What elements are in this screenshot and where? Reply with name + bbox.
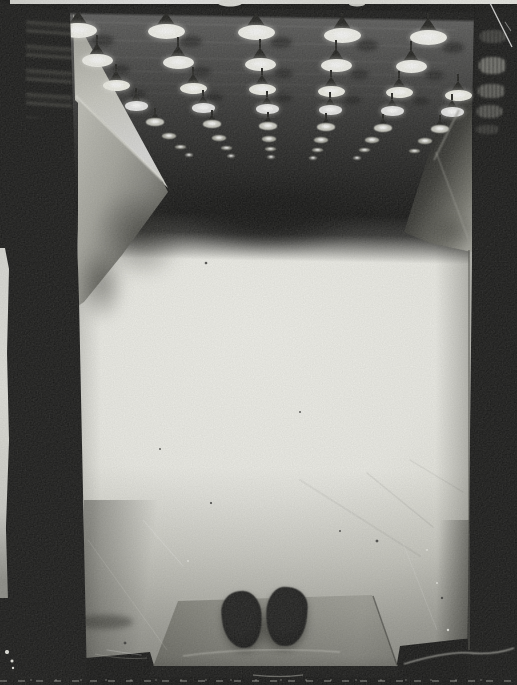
left-pillar-wood-grain: [26, 18, 72, 118]
lamp-shade: [332, 16, 351, 28]
ceiling-lamp: [148, 24, 185, 39]
ceiling-lamp: [409, 149, 420, 154]
lamp-ceiling-shadow: [356, 40, 378, 51]
lamp-stem: [410, 41, 412, 49]
lamp-shade: [156, 13, 175, 24]
lamp-stem: [329, 92, 331, 98]
ceiling-lamp: [103, 80, 130, 91]
ceiling-lamp: [317, 123, 335, 131]
lamp-ceiling-shadow: [111, 65, 130, 74]
lamp-ceiling-shadow: [192, 67, 211, 76]
lamp-ceiling-shadow: [345, 96, 361, 104]
lamp-ceiling-shadow: [130, 90, 146, 98]
lamp-stem: [451, 94, 453, 100]
ceiling-lamp: [386, 87, 413, 98]
ceiling-lamp: [249, 84, 276, 95]
pillar-lamp-reflection: [478, 84, 505, 98]
lamp-shade: [252, 47, 268, 58]
lamp-ceiling-shadow: [274, 69, 293, 78]
pillar-lamp-reflection: [480, 30, 506, 43]
lamp-stem: [457, 74, 459, 81]
lamp-stem: [267, 112, 269, 117]
lamp-ceiling-shadow: [425, 71, 444, 80]
lamp-shade: [418, 18, 437, 30]
lamp-stem: [439, 115, 441, 120]
ceiling-lamp: [374, 124, 392, 132]
lamp-shade: [392, 78, 406, 87]
lamp-stem: [177, 37, 179, 45]
ceiling-lamp: [267, 155, 275, 159]
lamp-stem: [398, 71, 400, 78]
lamp-stem: [261, 68, 263, 75]
lamp-stem: [211, 110, 213, 115]
photo-border-white-top: [10, 0, 517, 4]
ceiling-lamp: [259, 122, 277, 130]
ceiling-lamp: [162, 133, 176, 139]
ceiling-lamp: [227, 154, 235, 158]
lamp-ceiling-shadow: [413, 97, 429, 105]
pillar-lamp-reflection: [476, 125, 499, 134]
lamp-shade: [403, 49, 419, 60]
lamp-stem: [330, 70, 332, 77]
ceiling-lamp: [212, 135, 226, 141]
ceiling-lamp: [353, 156, 361, 160]
pillar-lamp-reflection: [479, 57, 506, 74]
floor-left-shadow: [84, 500, 164, 660]
ceiling-lamp: [163, 56, 194, 69]
ceiling-lamp: [314, 137, 328, 143]
lamp-ceiling-shadow: [442, 42, 464, 53]
lamp-stem: [135, 88, 137, 94]
right-pillar-edge-highlight: [468, 250, 470, 650]
ceiling-lamp: [185, 153, 193, 157]
ceiling-lamp: [418, 138, 432, 144]
lamp-shade: [328, 48, 344, 59]
lamp-ceiling-shadow: [350, 70, 369, 79]
ceiling-lamp: [396, 60, 427, 73]
ceiling-lamp: [221, 146, 232, 151]
ceiling-lamp: [441, 107, 464, 117]
ceiling-lamp: [324, 28, 361, 43]
ceiling-lamp: [318, 86, 345, 97]
lamp-stem: [202, 90, 204, 96]
lamp-stem: [266, 91, 268, 97]
lamp-ceiling-shadow: [207, 93, 223, 101]
lamp-shade: [324, 77, 338, 86]
lamp-shade: [170, 45, 186, 56]
ceiling-lamp: [245, 58, 276, 71]
ceiling-lamp: [146, 118, 164, 126]
photograph: [0, 0, 517, 685]
ceiling-lamp: [125, 101, 148, 111]
ceiling-lamp: [365, 137, 379, 143]
ceiling-lamp: [431, 125, 449, 133]
lamp-shade: [255, 75, 269, 84]
ceiling-lamp: [175, 145, 186, 150]
ceiling-lamp: [309, 156, 317, 160]
lamp-stem: [96, 35, 98, 43]
ceiling-lamp: [321, 59, 352, 72]
lamp-stem: [115, 64, 117, 71]
lamp-ceiling-shadow: [276, 94, 292, 102]
left-wall-base-shadow: [70, 235, 140, 345]
lamp-ceiling-shadow: [270, 37, 292, 48]
lamp-stem: [154, 108, 156, 113]
lamp-stem: [391, 93, 393, 99]
ceiling-lamp: [82, 54, 113, 67]
lamp-stem: [335, 40, 337, 48]
ceiling-lamp: [359, 148, 370, 153]
lamp-stem: [341, 13, 343, 16]
ceiling-lamp: [445, 90, 472, 101]
ceiling-lamp: [410, 30, 447, 45]
lamp-grid: [60, 13, 480, 183]
ceiling-lamp: [203, 120, 221, 128]
lamp-stem: [259, 39, 261, 47]
lamp-stem: [325, 113, 327, 118]
ceiling-lamp: [312, 148, 323, 153]
ceiling-lamp: [265, 147, 276, 152]
lamp-stem: [192, 67, 194, 74]
lamp-shade: [246, 13, 265, 25]
floor-right-shadow: [430, 520, 472, 645]
lamp-stem: [427, 13, 429, 18]
lamp-shade: [451, 81, 465, 90]
pillar-lamp-reflection: [477, 105, 502, 118]
ceiling-lamp: [262, 136, 276, 142]
ceiling-lamp: [319, 105, 342, 115]
lamp-stem: [382, 114, 384, 119]
ceiling-lamp: [238, 25, 275, 40]
lamp-ceiling-shadow: [180, 36, 202, 47]
